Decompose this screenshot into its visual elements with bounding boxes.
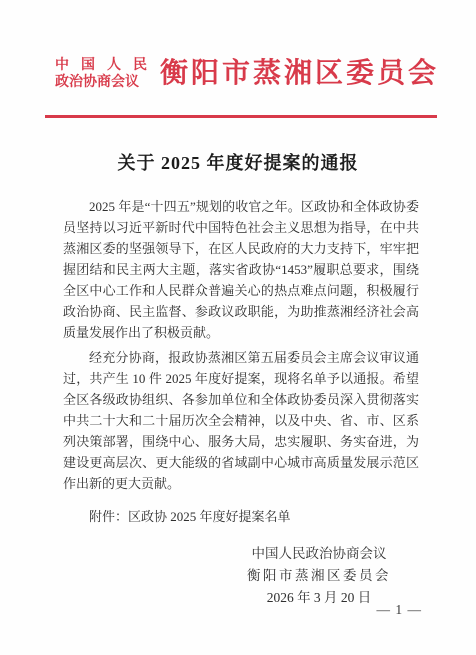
attachment-line: 附件：区政协 2025 年度好提案名单 xyxy=(63,506,419,527)
letterhead-org-abbr-line2: 政治协商会议 xyxy=(55,74,147,91)
letterhead-divider xyxy=(45,115,437,118)
body-paragraph-1: 2025 年是“十四五”规划的收官之年。区政协和全体政协委员坚持以习近平新时代中… xyxy=(63,196,419,343)
signature-org-line2: 衡阳市蒸湘区委员会 xyxy=(234,565,404,587)
document-title: 关于 2025 年度好提案的通报 xyxy=(0,150,476,176)
document-page: 中 国 人 民 政治协商会议 衡阳市蒸湘区委员会 关于 2025 年度好提案的通… xyxy=(0,0,476,655)
page-number: — 1 — xyxy=(377,602,423,618)
signature-block: 中国人民政治协商会议 衡阳市蒸湘区委员会 2026 年 3 月 20 日 xyxy=(234,543,404,609)
letterhead-org-abbr-line1: 中 国 人 民 xyxy=(55,57,147,74)
letterhead-org-abbr: 中 国 人 民 政治协商会议 xyxy=(55,57,147,91)
signature-org-line1: 中国人民政治协商会议 xyxy=(234,543,404,565)
document-body: 2025 年是“十四五”规划的收官之年。区政协和全体政协委员坚持以习近平新时代中… xyxy=(63,196,419,494)
letterhead-org-name: 衡阳市蒸湘区委员会 xyxy=(160,54,439,94)
letterhead: 中 国 人 民 政治协商会议 衡阳市蒸湘区委员会 xyxy=(55,54,437,94)
body-paragraph-2: 经充分协商，报政协蒸湘区第五届委员会主席会议审议通过，共产生 10 件 2025… xyxy=(63,347,419,494)
